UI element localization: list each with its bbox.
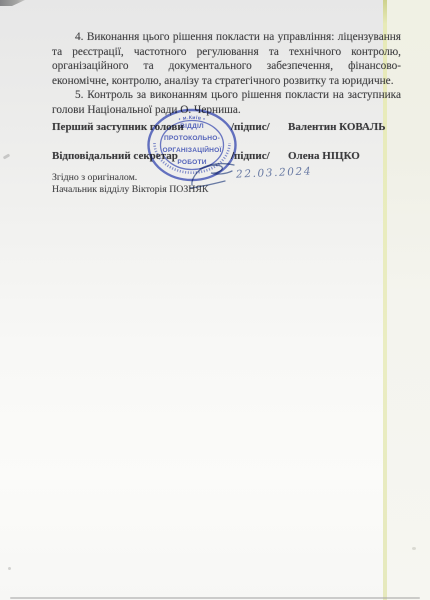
signatory-name: Олена НІЦКО: [288, 150, 360, 162]
stamp-center-line: ОРГАНІЗАЦІЙНОЇ: [163, 145, 222, 154]
scanned-document-page: 4. Виконання цього рішення покласти на у…: [0, 0, 430, 600]
svg-text:• м.Київ •: • м.Київ •: [178, 115, 206, 123]
handwritten-signature: [189, 162, 241, 190]
certifier-name-line: Начальник відділу Вікторія ПОЗНЯК: [52, 184, 208, 196]
scan-bottom-shadow: [10, 597, 420, 599]
handwritten-date: 22.03.2024: [236, 165, 313, 180]
stamp-center-line: ВІДДІЛ: [180, 123, 204, 130]
scan-speck: [412, 547, 416, 550]
signatory-name: Валентин КОВАЛЬ: [288, 121, 385, 133]
stamp-ring-top-text: • м.Київ •: [178, 115, 206, 123]
stamp-center-line: ПРОТОКОЛЬНО-: [164, 135, 220, 142]
scan-corner-artifact: [0, 0, 25, 6]
paragraph-item-4: 4. Виконання цього рішення покласти на у…: [52, 30, 401, 88]
document-body-text: 4. Виконання цього рішення покласти на у…: [52, 30, 401, 118]
scan-speck: [8, 567, 11, 570]
